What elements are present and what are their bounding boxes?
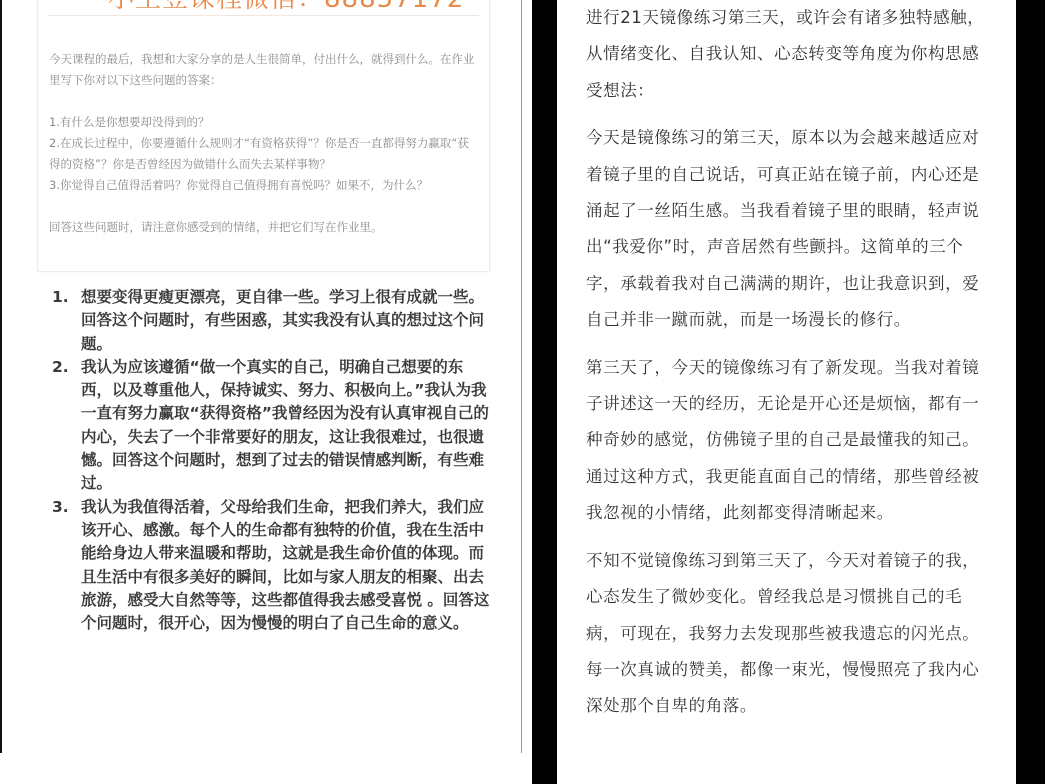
course-screenshot-card: 小土豆课程微信：88857172 今天课程的最后，我想和大家分享的是人生很简单，…	[37, 0, 490, 272]
card-body: 今天课程的最后，我想和大家分享的是人生很简单，付出什么，就得到什么。在作业里写下…	[49, 49, 479, 238]
answer-number: 3.	[52, 496, 69, 519]
paragraph-4: 不知不觉镜像练习到第三天了，今天对着镜子的我，心态发生了微妙变化。曾经我总是习惯…	[586, 543, 988, 725]
answer-text: 我认为我值得活着，父母给我们生命，把我们养大，我们应该开心、感激。每个人的生命都…	[81, 498, 489, 632]
answer-item-3: 3. 我认为我值得活着，父母给我们生命，把我们养大，我们应该开心、感激。每个人的…	[52, 496, 492, 636]
course-banner: 小土豆课程微信：88857172	[108, 0, 488, 13]
banner-divider	[48, 15, 479, 16]
paragraph-1: 进行21天镜像练习第三天，或许会有诸多独特感触，从情绪变化、自我认知、心态转变等…	[586, 0, 988, 109]
answer-number: 2.	[52, 356, 69, 379]
right-document-panel: 进行21天镜像练习第三天，或许会有诸多独特感触，从情绪变化、自我认知、心态转变等…	[557, 0, 1016, 784]
reflection-text: 进行21天镜像练习第三天，或许会有诸多独特感触，从情绪变化、自我认知、心态转变等…	[586, 0, 988, 736]
black-divider-right	[1016, 0, 1045, 784]
card-closing: 回答这些问题时，请注意你感受到的情绪，并把它们写在作业里。	[49, 217, 479, 238]
card-question-1: 1.有什么是你想要却没得到的？	[49, 112, 479, 133]
paragraph-3: 第三天了，今天的镜像练习有了新发现。当我对着镜子讲述这一天的经历，无论是开心还是…	[586, 350, 988, 532]
answer-text: 我认为应该遵循“做一个真实的自己，明确自己想要的东西，以及尊重他人，保持诚实、努…	[81, 358, 489, 492]
answer-item-2: 2. 我认为应该遵循“做一个真实的自己，明确自己想要的东西，以及尊重他人，保持诚…	[52, 356, 492, 496]
spacer	[49, 91, 479, 112]
answer-number: 1.	[52, 286, 69, 309]
answer-item-1: 1. 想要变得更瘦更漂亮，更自律一些。学习上很有成就一些。回答这个问题时，有些困…	[52, 286, 492, 356]
card-question-2: 2.在成长过程中，你要遵循什么规则才“有资格获得”？你是否一直都得努力赢取“获得…	[49, 133, 479, 175]
black-divider-left	[532, 0, 557, 784]
card-question-3: 3.你觉得自己值得活着吗？你觉得自己值得拥有喜悦吗？如果不，为什么？	[49, 175, 479, 196]
card-intro: 今天课程的最后，我想和大家分享的是人生很简单，付出什么，就得到什么。在作业里写下…	[49, 49, 479, 91]
answer-list: 1. 想要变得更瘦更漂亮，更自律一些。学习上很有成就一些。回答这个问题时，有些困…	[52, 286, 492, 635]
paragraph-2: 今天是镜像练习的第三天，原本以为会越来越适应对着镜子里的自己说话，可真正站在镜子…	[586, 120, 988, 338]
answer-text: 想要变得更瘦更漂亮，更自律一些。学习上很有成就一些。回答这个问题时，有些困惑，其…	[81, 288, 484, 353]
spacer	[49, 196, 479, 217]
left-document-panel: 小土豆课程微信：88857172 今天课程的最后，我想和大家分享的是人生很简单，…	[0, 0, 522, 753]
